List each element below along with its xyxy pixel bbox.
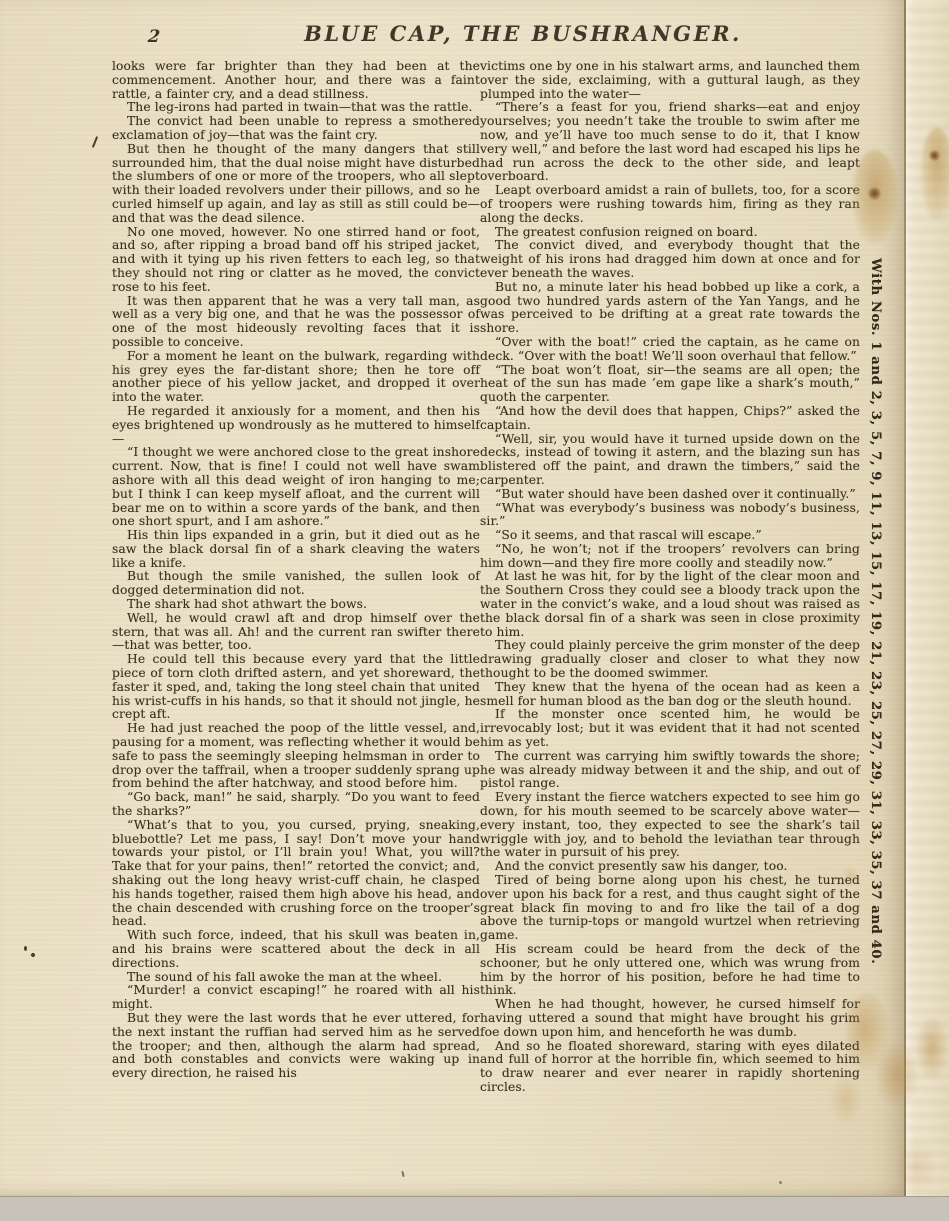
left-column: looks were far brighter than they had be…	[112, 60, 480, 1081]
paragraph: The shark had shot athwart the bows.	[112, 598, 480, 612]
paragraph: The convict dived, and everybody thought…	[480, 239, 860, 280]
paragraph: “The boat won’t float, sir—the seams are…	[480, 364, 860, 405]
paragraph: But then he thought of the many dangers …	[112, 143, 480, 226]
paragraph: Every instant the fierce watchers expect…	[480, 791, 860, 860]
paragraph: victims one by one in his stalwart arms,…	[480, 60, 860, 101]
paragraph: When he had thought, however, he cursed …	[480, 998, 860, 1039]
paragraph: And so he floated shoreward, staring wit…	[480, 1040, 860, 1095]
paragraph: He regarded it anxiously for a moment, a…	[112, 405, 480, 446]
paragraph: His scream could be heard from the deck …	[480, 943, 860, 998]
paragraph: “Over with the boat!” cried the captain,…	[480, 336, 860, 364]
page-title: BLUE CAP, THE BUSHRANGER.	[140, 21, 906, 46]
paragraph: They could plainly perceive the grim mon…	[480, 639, 860, 680]
paragraph: “So it seems, and that rascal will escap…	[480, 529, 860, 543]
paragraph: No one moved, however. No one stirred ha…	[112, 226, 480, 295]
paragraph: His thin lips expanded in a grin, but it…	[112, 529, 480, 570]
margin-note-issues: With Nos. 1 and 2, 3, 5, 7, 9, 11, 13, 1…	[868, 258, 883, 1018]
paragraph: They knew that the hyena of the ocean ha…	[480, 681, 860, 709]
paragraph: Well, he would crawl aft and drop himsel…	[112, 612, 480, 653]
paragraph: But though the smile vanished, the sulle…	[112, 570, 480, 598]
paragraph: But no, a minute later his head bobbed u…	[480, 281, 860, 336]
paragraph: But they were the last words that he eve…	[112, 1012, 480, 1081]
ink-mark	[401, 1171, 404, 1177]
ink-mark	[30, 952, 35, 957]
scanned-page: 2 BLUE CAP, THE BUSHRANGER. looks were f…	[0, 0, 949, 1221]
paragraph: He had just reached the poop of the litt…	[112, 722, 480, 791]
paragraph: Leapt overboard amidst a rain of bullets…	[480, 184, 860, 225]
paragraph: The leg-irons had parted in twain—that w…	[112, 101, 480, 115]
paragraph: At last he was hit, for by the light of …	[480, 570, 860, 639]
paragraph: “What was everybody’s business was nobod…	[480, 502, 860, 530]
ink-mark	[779, 1181, 782, 1184]
scanner-background	[0, 1196, 949, 1221]
paragraph: The current was carrying him swiftly tow…	[480, 750, 860, 791]
paragraph: “What’s that to you, you cursed, prying,…	[112, 819, 480, 929]
page-leaf: 2 BLUE CAP, THE BUSHRANGER. looks were f…	[0, 0, 906, 1196]
paragraph: “Go back, man!” he said, sharply. “Do yo…	[112, 791, 480, 819]
paragraph: He could tell this because every yard th…	[112, 653, 480, 722]
paragraph: With such force, indeed, that his skull …	[112, 929, 480, 970]
paragraph: “Murder! a convict escaping!” he roared …	[112, 984, 480, 1012]
paragraph: For a moment he leant on the bulwark, re…	[112, 350, 480, 405]
paragraph: “And how the devil does that happen, Chi…	[480, 405, 860, 433]
paragraph: “I thought we were anchored close to the…	[112, 446, 480, 529]
paragraph: The convict had been unable to repress a…	[112, 115, 480, 143]
ink-mark	[92, 136, 98, 148]
paragraph: looks were far brighter than they had be…	[112, 60, 480, 101]
paragraph: The greatest confusion reigned on board.	[480, 226, 860, 240]
paragraph: Tired of being borne along upon his ches…	[480, 874, 860, 943]
right-column: victims one by one in his stalwart arms,…	[480, 60, 860, 1095]
paragraph: “There’s a feast for you, friend sharks—…	[480, 101, 860, 184]
ink-mark	[24, 946, 27, 951]
paragraph: “But water should have been dashed over …	[480, 488, 860, 502]
adjacent-page-edge	[906, 0, 949, 1196]
paragraph: If the monster once scented him, he woul…	[480, 708, 860, 749]
paragraph: “Well, sir, you would have it turned ups…	[480, 433, 860, 488]
paragraph: It was then apparent that he was a very …	[112, 295, 480, 350]
paragraph: “No, he won’t; not if the troopers’ revo…	[480, 543, 860, 571]
paragraph: And the convict presently saw his danger…	[480, 860, 860, 874]
